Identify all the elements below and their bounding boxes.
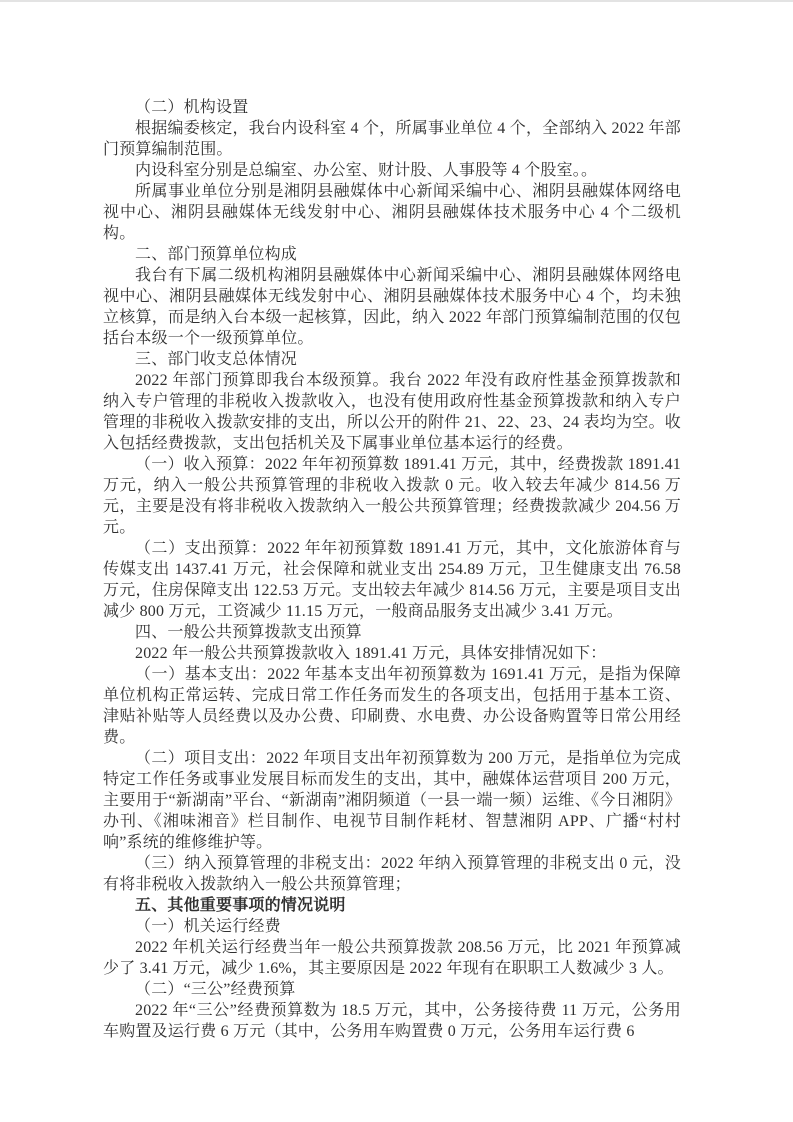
section-heading: 三、部门收支总体情况 <box>103 349 681 370</box>
paragraph: 2022 年一般公共预算拨款收入 1891.41 万元，具体安排情况如下： <box>103 643 681 664</box>
section-heading: 四、一般公共预算拨款支出预算 <box>103 622 681 643</box>
section-heading: 五、其他重要事项的情况说明 <box>103 895 681 916</box>
section-heading: （一）机关运行经费 <box>103 916 681 937</box>
paragraph: 2022 年“三公”经费预算数为 18.5 万元，其中，公务接待费 11 万元，… <box>103 1000 681 1042</box>
section-heading: （二）机构设置 <box>103 97 681 118</box>
paragraph: 2022 年部门预算即我台本级预算。我台 2022 年没有政府性基金预算拨款和纳… <box>103 370 681 454</box>
paragraph: （二）项目支出：2022 年项目支出年初预算数为 200 万元，是指单位为完成特… <box>103 748 681 853</box>
paragraph: 我台有下属二级机构湘阴县融媒体中心新闻采编中心、湘阴县融媒体网络电视中心、湘阴县… <box>103 265 681 349</box>
section-heading: （二）“三公”经费预算 <box>103 979 681 1000</box>
paragraph: （三）纳入预算管理的非税支出：2022 年纳入预算管理的非税支出 0 元，没有将… <box>103 853 681 895</box>
paragraph: 根据编委核定，我台内设科室 4 个，所属事业单位 4 个，全部纳入 2022 年… <box>103 118 681 160</box>
paragraph: （一）基本支出：2022 年基本支出年初预算数为 1691.41 万元，是指为保… <box>103 664 681 748</box>
paragraph: 2022 年机关运行经费当年一般公共预算拨款 208.56 万元，比 2021 … <box>103 937 681 979</box>
paragraph: （二）支出预算：2022 年年初预算数 1891.41 万元，其中，文化旅游体育… <box>103 538 681 622</box>
paragraph: 所属事业单位分别是湘阴县融媒体中心新闻采编中心、湘阴县融媒体网络电视中心、湘阴县… <box>103 181 681 244</box>
document-body: （二）机构设置根据编委核定，我台内设科室 4 个，所属事业单位 4 个，全部纳入… <box>103 97 681 1042</box>
section-heading: 二、部门预算单位构成 <box>103 244 681 265</box>
paragraph: 内设科室分别是总编室、办公室、财计股、人事股等 4 个股室。。 <box>103 160 681 181</box>
page-top-edge <box>0 0 793 2</box>
document-page: （二）机构设置根据编委核定，我台内设科室 4 个，所属事业单位 4 个，全部纳入… <box>0 0 793 1122</box>
paragraph: （一）收入预算：2022 年年初预算数 1891.41 万元，其中，经费拨款 1… <box>103 454 681 538</box>
